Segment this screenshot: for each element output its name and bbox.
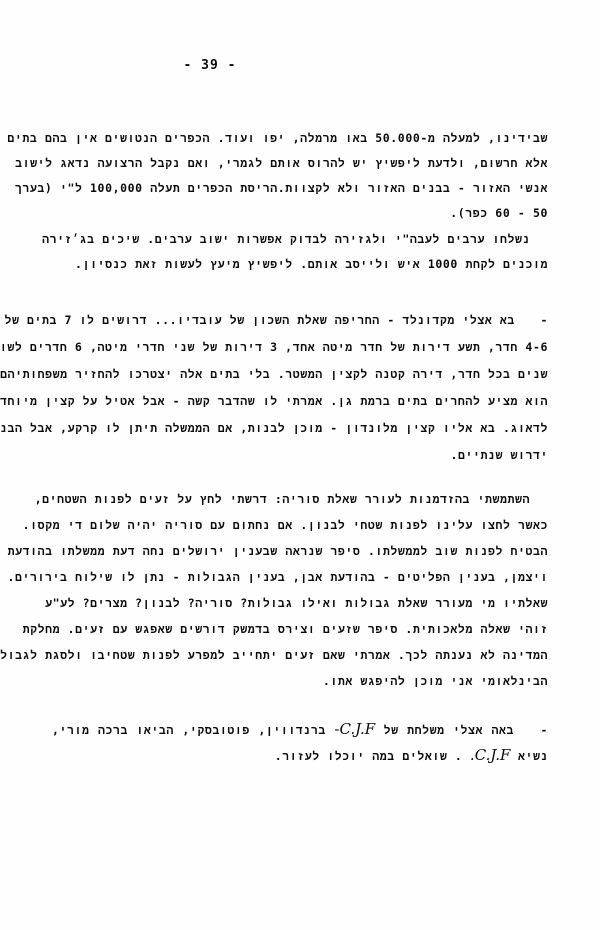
text-line: המדינה לא נענתה לכך. אמרתי שאם זעים יתחי…	[52, 648, 548, 662]
dash-marker: -	[540, 723, 548, 737]
text-line: שבידינו, למעלה מ-50.000 באו מרמלה, יפו ו…	[52, 131, 548, 145]
text-line: זוהי שאלה מלאכותית. סיפר שזעים וצירס בדמ…	[52, 622, 548, 636]
text-span: ברנדווין, פוטובסקי, הביאו ברכה מורי,	[52, 723, 326, 737]
text-line: - באה אצלי משלחת של C.J.F- ברנדווין, פוט…	[52, 722, 548, 737]
text-line: הוא מציע להחרים בתים ברמת גן. אמרתי לו ש…	[52, 394, 548, 408]
text-line: נשיא C.J.F. . שואלים במה יוכלו לעזור.	[275, 748, 548, 763]
text-line: שאלתיו מי מעורר שאלת גבולות ואילו גבולות…	[52, 596, 548, 610]
text-line: לדאוג. בא אליו קצין מלונדון - מוכן לבנות…	[52, 421, 548, 435]
text-span: באה אצלי משלחת של	[384, 723, 514, 737]
text-line: הבטיח לפנות שוב לממשלתו. סיפר שנראה שבענ…	[52, 544, 548, 558]
text-line: הבינלאומי אני מוכן להיפגש אתו.	[323, 674, 548, 688]
text-line: אנשי האזור - בבנים האזור ולא לקצוות.הריס…	[52, 181, 548, 195]
text-line: ידרוש שנתיים.	[450, 448, 548, 462]
document-page: - 39 - שבידינו, למעלה מ-50.000 באו מרמלה…	[0, 0, 600, 930]
text-span: . שואלים במה יוכלו לעזור.	[275, 749, 463, 763]
text-line: שנים בכל חדר, דירה קטנה לקצין המשטר. בלי…	[52, 367, 548, 381]
text-line: השתמשתי בהזדמנות לעורר שאלת סוריה: דרשתי…	[35, 492, 530, 506]
text-line: כאשר לחצו עלינו לפנות שטחי לבנון. אם נחת…	[52, 518, 548, 532]
text-line: נשלחו ערבים לעבה"י ולגזירה לבדוק אפשרות …	[42, 232, 530, 246]
text-line: מוכנים לקחת 1000 איש ולייסב אותם. ליפשיץ…	[75, 257, 548, 271]
page-number: - 39 -	[170, 58, 250, 73]
text-line: - בא אצלי מקדונלד - החריפה שאלת השכון של…	[52, 313, 548, 327]
text-line: 4-6 חדר, תשע דירות של חדר מיטה אחד, 3 די…	[52, 340, 548, 354]
text-line: ויצמן, בענין הפליטים - בהודעת אבן, בענין…	[52, 570, 548, 584]
text-span: נשיא	[518, 749, 548, 763]
text-span: בא אצלי מקדונלד - החריפה שאלת השכון של ע…	[4, 313, 515, 327]
handwritten-initials: C.J.F-	[334, 720, 375, 738]
text-line: 50 - 60 כפר).	[450, 206, 548, 220]
handwritten-initials: C.J.F.	[470, 746, 511, 764]
dash-marker: -	[540, 313, 548, 327]
text-line: אלא חרשום, ולדעת ליפשיץ יש להרוס אותם לג…	[52, 156, 548, 170]
